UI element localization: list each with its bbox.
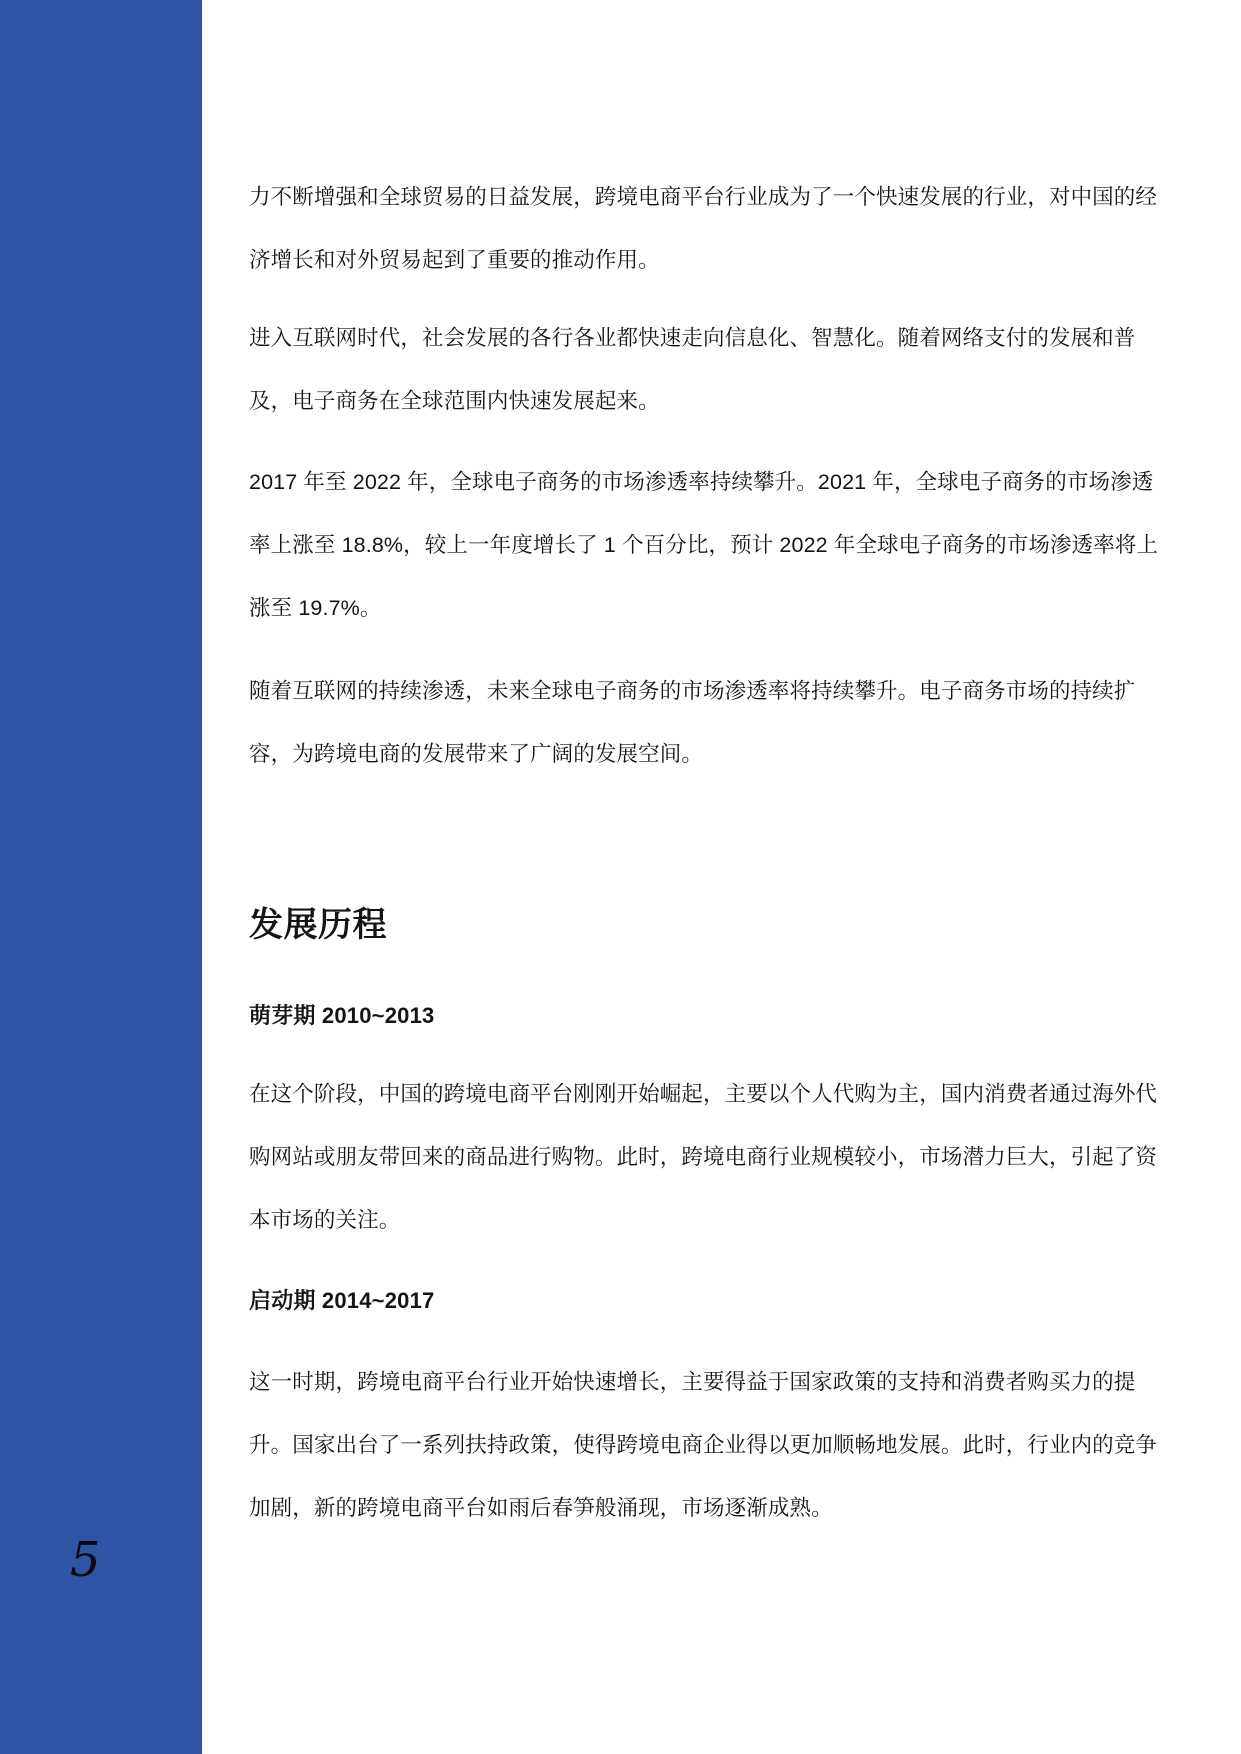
paragraph-line: 随着互联网的持续渗透，未来全球电子商务的市场渗透率将持续攀升。电子商务市场的持续… xyxy=(249,660,1209,723)
paragraph-line: 容，为跨境电商的发展带来了广阔的发展空间。 xyxy=(249,723,1209,786)
paragraph-line: 率上涨至 18.8%，较上一年度增长了 1 个百分比，预计 2022 年全球电子… xyxy=(249,514,1209,577)
paragraph-5: 在这个阶段，中国的跨境电商平台刚刚开始崛起，主要以个人代购为主，国内消费者通过海… xyxy=(249,1063,1209,1252)
paragraph-2: 进入互联网时代，社会发展的各行各业都快速走向信息化、智慧化。随着网络支付的发展和… xyxy=(249,307,1209,433)
paragraph-line: 及，电子商务在全球范围内快速发展起来。 xyxy=(249,370,1209,433)
page-number: 5 xyxy=(70,1536,101,1584)
paragraph-line: 这一时期，跨境电商平台行业开始快速增长，主要得益于国家政策的支持和消费者购买力的… xyxy=(249,1351,1209,1414)
phase-heading-seed-period: 萌芽期 2010~2013 xyxy=(249,984,1209,1047)
document-page: 5 力不断增强和全球贸易的日益发展，跨境电商平台行业成为了一个快速发展的行业，对… xyxy=(0,0,1241,1754)
paragraph-line: 力不断增强和全球贸易的日益发展，跨境电商平台行业成为了一个快速发展的行业，对中国… xyxy=(249,166,1209,229)
paragraph-line: 本市场的关注。 xyxy=(249,1189,1209,1252)
paragraph-3: 2017 年至 2022 年，全球电子商务的市场渗透率持续攀升。2021 年，全… xyxy=(249,451,1209,640)
sidebar-accent-bar xyxy=(0,0,202,1754)
section-heading-development-history: 发展历程 xyxy=(249,894,1209,957)
paragraph-6: 这一时期，跨境电商平台行业开始快速增长，主要得益于国家政策的支持和消费者购买力的… xyxy=(249,1351,1209,1540)
paragraph-1: 力不断增强和全球贸易的日益发展，跨境电商平台行业成为了一个快速发展的行业，对中国… xyxy=(249,166,1209,292)
paragraph-line: 涨至 19.7%。 xyxy=(249,577,1209,640)
paragraph-line: 加剧，新的跨境电商平台如雨后春笋般涌现，市场逐渐成熟。 xyxy=(249,1477,1209,1540)
paragraph-line: 济增长和对外贸易起到了重要的推动作用。 xyxy=(249,229,1209,292)
paragraph-line: 在这个阶段，中国的跨境电商平台刚刚开始崛起，主要以个人代购为主，国内消费者通过海… xyxy=(249,1063,1209,1126)
paragraph-line: 进入互联网时代，社会发展的各行各业都快速走向信息化、智慧化。随着网络支付的发展和… xyxy=(249,307,1209,370)
paragraph-line: 2017 年至 2022 年，全球电子商务的市场渗透率持续攀升。2021 年，全… xyxy=(249,451,1209,514)
paragraph-4: 随着互联网的持续渗透，未来全球电子商务的市场渗透率将持续攀升。电子商务市场的持续… xyxy=(249,660,1209,786)
paragraph-line: 升。国家出台了一系列扶持政策，使得跨境电商企业得以更加顺畅地发展。此时，行业内的… xyxy=(249,1414,1209,1477)
phase-heading-startup-period: 启动期 2014~2017 xyxy=(249,1269,1209,1332)
paragraph-line: 购网站或朋友带回来的商品进行购物。此时，跨境电商行业规模较小，市场潜力巨大，引起… xyxy=(249,1126,1209,1189)
